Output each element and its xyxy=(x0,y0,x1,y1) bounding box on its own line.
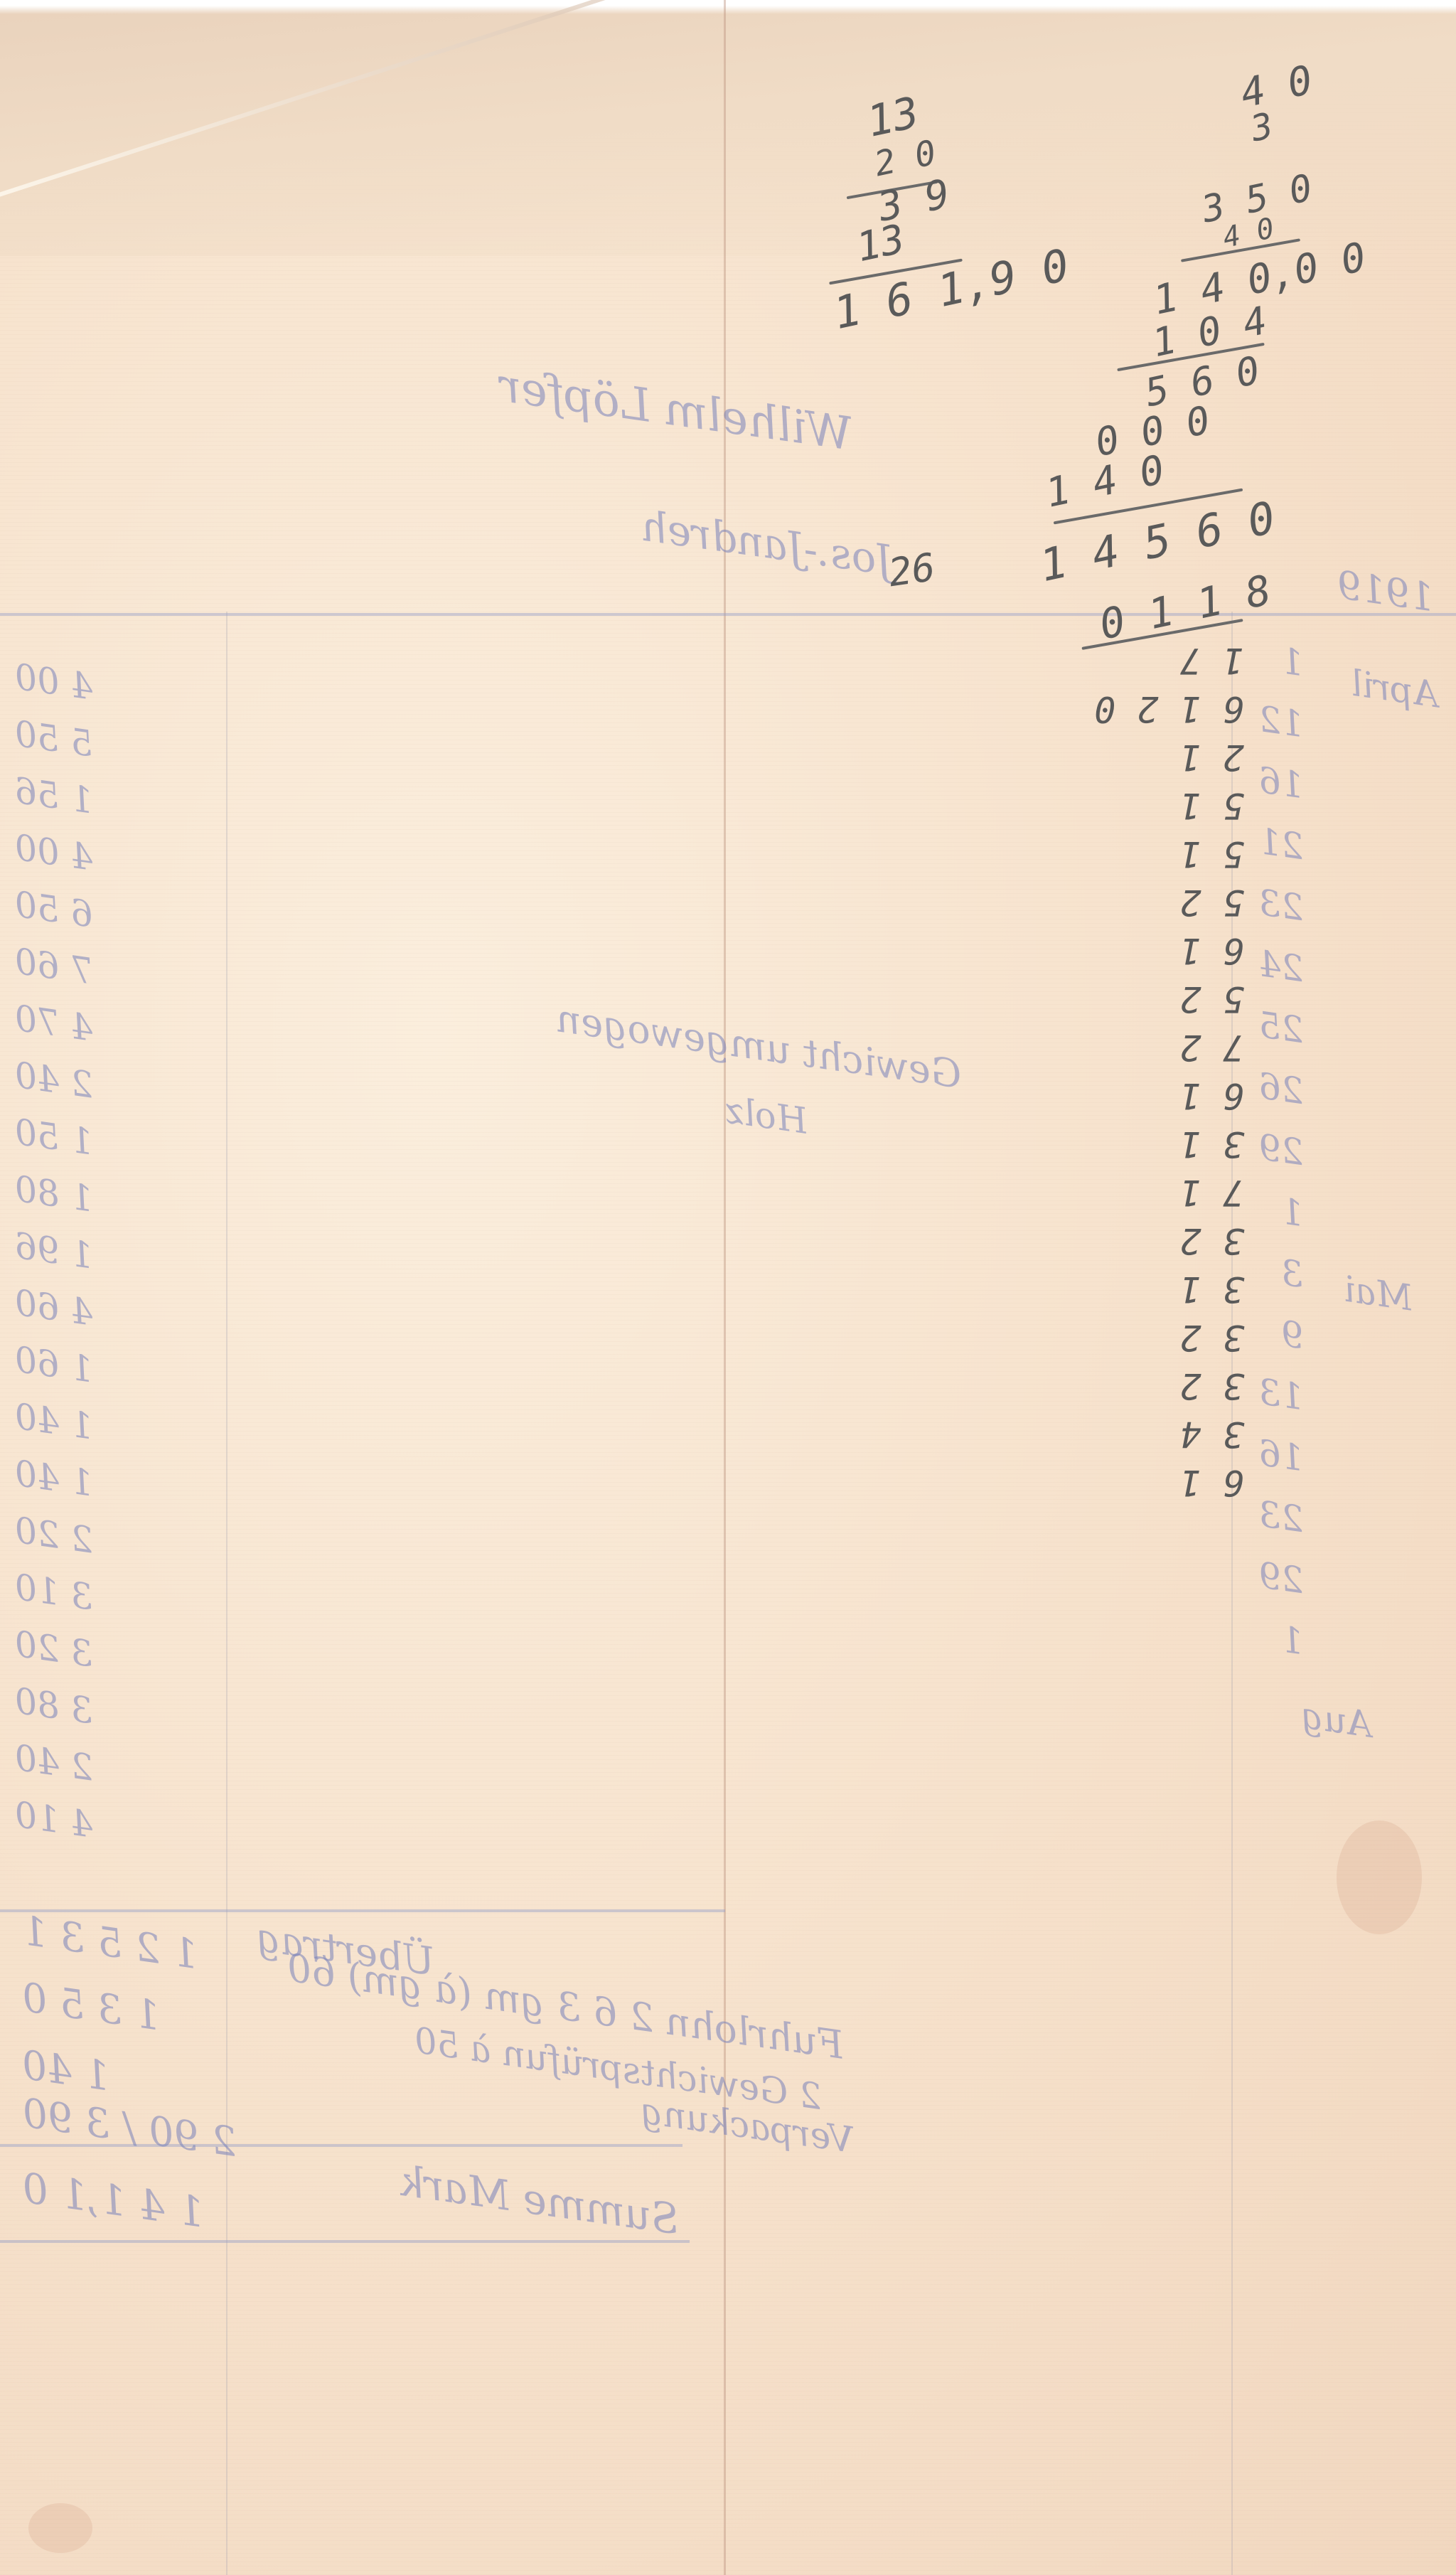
bleed-date: 1 xyxy=(1256,1188,1306,1235)
pencil-figure: 5 2 xyxy=(1088,979,1244,1020)
total-double-rule xyxy=(0,2240,690,2243)
bleed-amount: 2 20 xyxy=(12,1510,96,1562)
pencil-left-line: 13 xyxy=(852,216,909,272)
bleed-date: 13 xyxy=(1256,1371,1306,1418)
bleed-amount: 1 96 xyxy=(12,1225,96,1277)
bleed-amount: 1 40 xyxy=(12,1453,96,1505)
pencil-figure: 3 1 xyxy=(1088,1124,1244,1165)
bleed-amount: 3 80 xyxy=(12,1680,96,1732)
bleed-amount: 1 40 xyxy=(12,1396,96,1448)
pencil-figure: 3 1 xyxy=(1088,1269,1244,1310)
bleed-date: 23 xyxy=(1256,882,1306,929)
bleed-date: 21 xyxy=(1256,821,1306,868)
bleed-amount: 3 10 xyxy=(12,1567,96,1619)
bleed-amount: 4 00 xyxy=(12,827,96,879)
column-rule xyxy=(226,612,227,2575)
bleed-dates-column: 1 12 16 21 23 24 25 26 29 1 3 9 13 16 23… xyxy=(1258,640,1304,1660)
pencil-figure: 2 1 xyxy=(1088,737,1244,778)
pencil-figure: 5 1 xyxy=(1088,785,1244,826)
bleed-amount: 1 80 xyxy=(12,1168,96,1220)
bleed-amount: 4 10 xyxy=(12,1794,96,1846)
pencil-figure: 1 7 xyxy=(1088,640,1244,681)
bleed-date: 29 xyxy=(1256,1126,1306,1173)
pencil-number-26: 26 xyxy=(886,545,938,595)
bleed-date: 24 xyxy=(1256,943,1306,990)
pencil-figure: 6 1 xyxy=(1088,1462,1244,1503)
bleed-date: 25 xyxy=(1256,1004,1306,1051)
bleed-amount: 1 50 xyxy=(12,1111,96,1163)
bleed-amount: 2 40 xyxy=(12,1055,96,1107)
bleed-amount: 2 40 xyxy=(12,1737,96,1789)
bleed-date: 9 xyxy=(1256,1310,1306,1357)
stain xyxy=(28,2503,92,2553)
subtotal-rule xyxy=(0,1909,725,1912)
pencil-figure: 3 4 xyxy=(1088,1414,1244,1455)
bleed-amounts-column: 4 00 5 50 1 56 4 00 6 50 7 60 4 70 2 40 … xyxy=(14,661,93,1840)
bleed-amount: 1 60 xyxy=(12,1339,96,1391)
pencil-figure: 6 1 xyxy=(1088,1075,1244,1116)
bleed-date: 3 xyxy=(1256,1249,1306,1296)
bleed-amount: 3 20 xyxy=(12,1624,96,1675)
bleed-amount: 1 56 xyxy=(12,770,96,822)
bleed-amount: 4 70 xyxy=(12,998,96,1050)
bleed-date: 1 xyxy=(1256,1616,1306,1663)
bleed-amount: 4 60 xyxy=(12,1282,96,1334)
bleed-amount: 4 00 xyxy=(12,656,96,708)
pencil-figure: 5 2 xyxy=(1088,882,1244,923)
pencil-figure: 6 1 2 0 xyxy=(1088,688,1244,730)
pencil-figure: 7 1 xyxy=(1088,1172,1244,1213)
bleed-date: 23 xyxy=(1256,1493,1306,1540)
pencil-upside-down-column: 1 7 6 1 2 0 2 1 5 1 5 1 5 2 6 1 5 2 7 2 … xyxy=(1088,640,1244,1503)
bleed-date: 1 xyxy=(1256,637,1306,684)
bleed-date: 29 xyxy=(1256,1555,1306,1601)
pencil-figure: 7 2 xyxy=(1088,1027,1244,1068)
bleed-date: 16 xyxy=(1256,759,1306,806)
bleed-amount: 6 50 xyxy=(12,884,96,936)
pencil-figure: 3 2 xyxy=(1088,1317,1244,1358)
pencil-figure: 5 1 xyxy=(1088,833,1244,875)
stain xyxy=(1337,1820,1422,1934)
bleed-amount: 5 50 xyxy=(12,713,96,765)
pencil-figure: 6 1 xyxy=(1088,930,1244,971)
center-fold-line xyxy=(724,0,726,2575)
bleed-date: 26 xyxy=(1256,1065,1306,1112)
bleed-amount: 7 60 xyxy=(12,941,96,993)
pencil-figure: 3 2 xyxy=(1088,1220,1244,1262)
torn-top-edge xyxy=(0,0,1456,14)
bleed-date: 12 xyxy=(1256,698,1306,745)
pencil-figure: 3 2 xyxy=(1088,1365,1244,1407)
bleed-date: 16 xyxy=(1256,1432,1306,1479)
